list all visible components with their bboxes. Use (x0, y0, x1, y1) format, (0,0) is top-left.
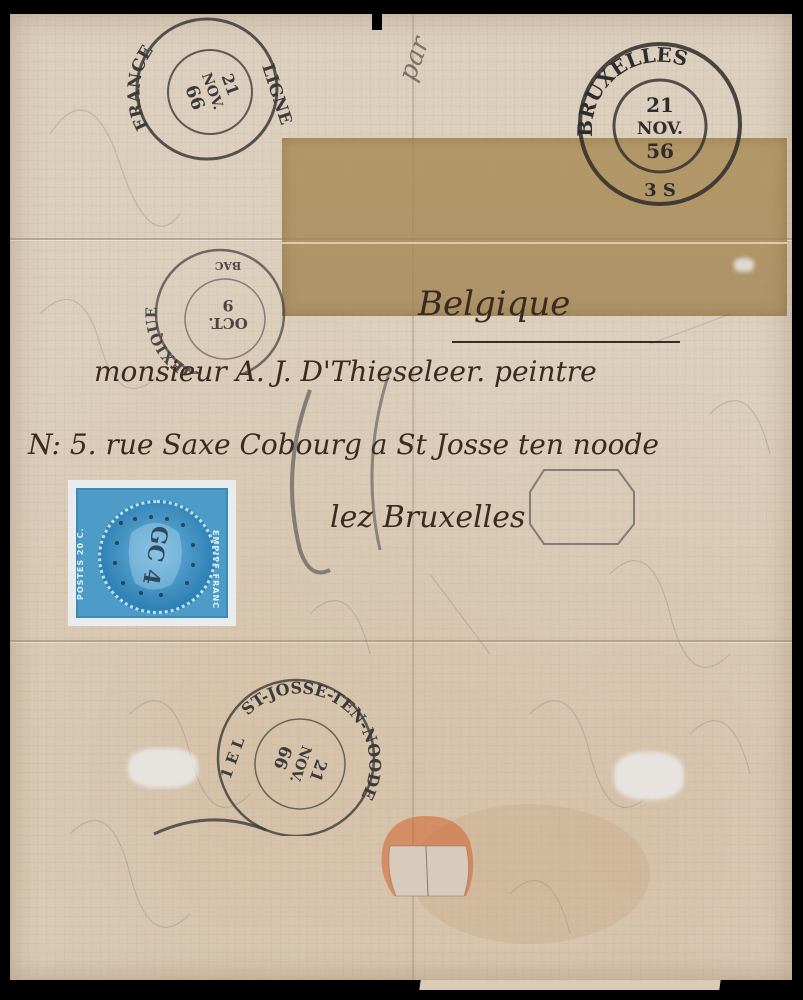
postage-stamp-20c-napoleon: POSTES 20 C. EMPIRE FRANC GC 4 (68, 480, 236, 626)
svg-text:3 S: 3 S (644, 180, 676, 201)
svg-text:9: 9 (222, 296, 233, 315)
stamp-frame: POSTES 20 C. EMPIRE FRANC GC 4 (76, 488, 228, 618)
paper-repair-patch (614, 752, 684, 800)
stamp-left-text: POSTES 20 C. (76, 527, 85, 600)
svg-text:LIGNE: LIGNE (257, 61, 292, 127)
wax-seal-remnant (374, 812, 478, 908)
postmark-france-ligne: FRANCE LIGNE 21 NOV. 66 (122, 14, 292, 168)
address-country: Belgique (418, 284, 570, 324)
svg-text:BAC: BAC (214, 259, 241, 272)
svg-text:1 E L: 1 E L (217, 735, 249, 782)
svg-text:21: 21 (646, 93, 674, 117)
svg-text:OCT.: OCT. (208, 314, 247, 332)
rate-marking (270, 350, 450, 590)
partial-postmark-arc (150, 810, 270, 840)
country-underline (452, 341, 680, 343)
napoleon-portrait-icon: GC 4 (98, 500, 216, 614)
svg-text:FRANCE: FRANCE (124, 42, 157, 133)
bottom-flap (419, 980, 720, 990)
paper-repair-patch (734, 258, 754, 272)
svg-text:NOV.: NOV. (637, 119, 683, 139)
postmark-bruxelles: BRUXELLES 21 NOV. 56 3 S (572, 36, 748, 216)
octagonal-transit-mark (522, 462, 642, 552)
paper-repair-patch (128, 748, 198, 788)
svg-text:56: 56 (646, 139, 674, 163)
